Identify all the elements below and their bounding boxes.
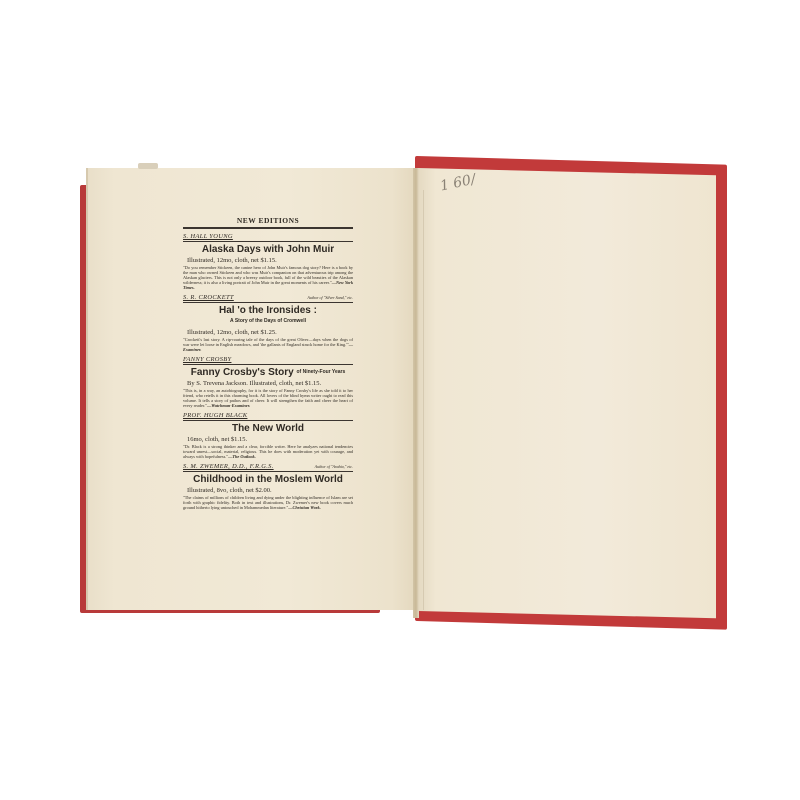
book-entry: S. M. ZWEMER, D.D., F.R.G.S. Author of "… bbox=[183, 463, 353, 510]
author-name: FANNY CROSBY bbox=[183, 356, 231, 363]
book-entry: PROF. HUGH BLACK The New World 16mo, clo… bbox=[183, 412, 353, 459]
price-line: Illustrated, 12mo, cloth, net $1.15. bbox=[187, 257, 353, 264]
review-text: "Dr. Black is a strong thinker and a cle… bbox=[183, 444, 353, 459]
book-entry: FANNY CROSBY Fanny Crosby's Story of Nin… bbox=[183, 356, 353, 408]
book-title: Childhood in the Moslem World bbox=[183, 474, 353, 485]
author-name: PROF. HUGH BLACK bbox=[183, 412, 247, 419]
book-title: Hal 'o the Ironsides : A Story of the Da… bbox=[183, 305, 353, 327]
price-line: Illustrated, 8vo, cloth, net $2.00. bbox=[187, 487, 353, 494]
author-name: S. R. CROCKETT bbox=[183, 294, 234, 301]
author-name: S. M. ZWEMER, D.D., F.R.G.S. bbox=[183, 463, 274, 470]
price-line: Illustrated, 12mo, cloth, net $1.25. bbox=[187, 329, 353, 336]
book-title: Fanny Crosby's Story of Ninety-Four Year… bbox=[183, 367, 353, 378]
book-entry: S. HALL YOUNG Alaska Days with John Muir… bbox=[183, 233, 353, 290]
page-tear bbox=[138, 163, 158, 169]
book-title: Alaska Days with John Muir bbox=[183, 244, 353, 255]
review-text: "Crockett's last story. A rip-roaring ta… bbox=[183, 337, 353, 352]
heading-rule bbox=[183, 227, 353, 229]
author-note: Author of "Silver Sand," etc. bbox=[307, 295, 353, 300]
ad-heading: NEW EDITIONS bbox=[183, 216, 353, 225]
hinge-line bbox=[423, 190, 424, 610]
price-line: By S. Trevena Jackson. Illustrated, clot… bbox=[187, 380, 353, 387]
review-text: "Do you remember Stickeen, the canine he… bbox=[183, 265, 353, 290]
book-entry: S. R. CROCKETT Author of "Silver Sand," … bbox=[183, 294, 353, 352]
book-gutter bbox=[413, 168, 419, 618]
right-page-endpaper bbox=[418, 168, 716, 618]
book-title: The New World bbox=[183, 423, 353, 434]
advertisement-page: NEW EDITIONS S. HALL YOUNG Alaska Days w… bbox=[183, 216, 353, 514]
author-name: S. HALL YOUNG bbox=[183, 233, 233, 240]
open-book-photo: 1 60/ NEW EDITIONS S. HALL YOUNG Alaska … bbox=[0, 0, 800, 800]
review-text: "This is, in a way, an autobiography, fo… bbox=[183, 388, 353, 408]
review-text: "The claims of millions of children livi… bbox=[183, 495, 353, 510]
price-line: 16mo, cloth, net $1.15. bbox=[187, 436, 353, 443]
author-note: Author of "Arabia," etc. bbox=[315, 464, 353, 469]
